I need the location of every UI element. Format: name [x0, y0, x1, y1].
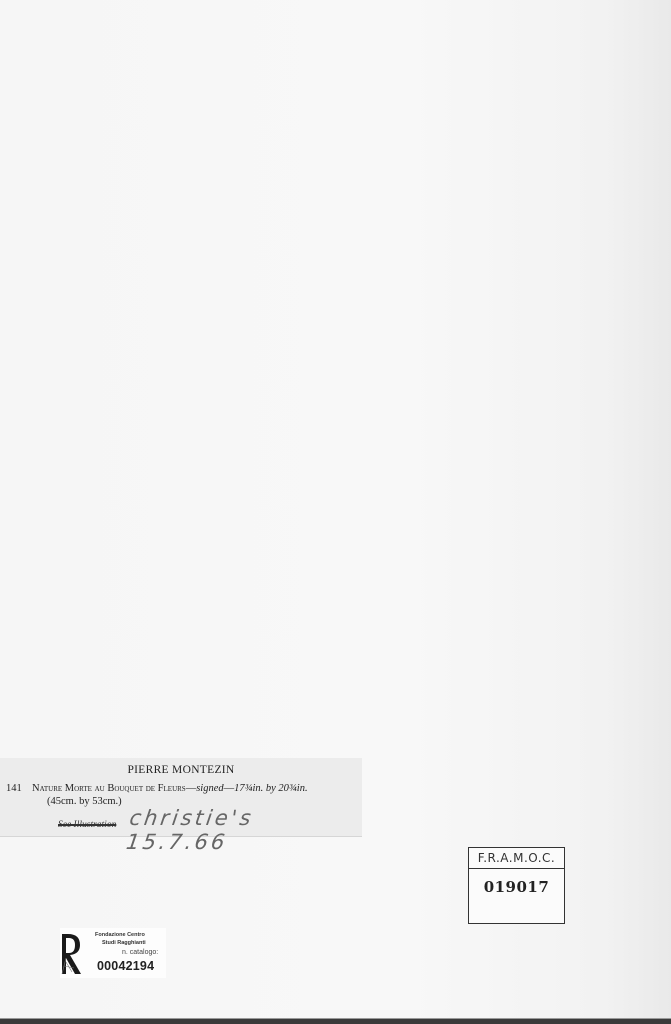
see-illustration-struck: See Illustration — [58, 820, 116, 830]
document-sheet — [0, 0, 671, 1018]
handwritten-note: christie's 15.7.66 — [125, 806, 366, 854]
framoc-stamp: F.R.A.M.O.C. 019017 — [468, 847, 565, 924]
signed-note: signed — [196, 783, 223, 794]
dimensions-imperial: 17¾in. by 20¾in. — [234, 783, 308, 794]
artwork-title: Nature Morte au Bouquet de Fleurs — [32, 783, 186, 794]
auction-catalog-clipping: PIERRE MONTEZIN 141 Nature Morte au Bouq… — [0, 758, 362, 837]
ragghianti-logo-icon — [60, 932, 82, 976]
catalog-number: 00042194 — [97, 959, 154, 973]
framoc-number: 019017 — [469, 878, 564, 896]
framoc-header: F.R.A.M.O.C. — [469, 848, 564, 869]
dimensions-metric: (45cm. by 53cm.) — [47, 796, 122, 807]
lot-number: 141 — [6, 783, 22, 794]
scan-bottom-edge — [0, 1018, 671, 1024]
lot-description: Nature Morte au Bouquet de Fleurs—signed… — [32, 783, 308, 794]
catalog-label: n. catalogo: — [122, 949, 158, 956]
catalog-org-line1: Fondazione Centro — [95, 932, 145, 938]
artist-name: PIERRE MONTEZIN — [0, 764, 362, 776]
catalog-stamp: Fondazione Centro Studi Ragghianti n. ca… — [60, 928, 166, 978]
catalog-org-line2: Studi Ragghianti — [102, 940, 146, 946]
